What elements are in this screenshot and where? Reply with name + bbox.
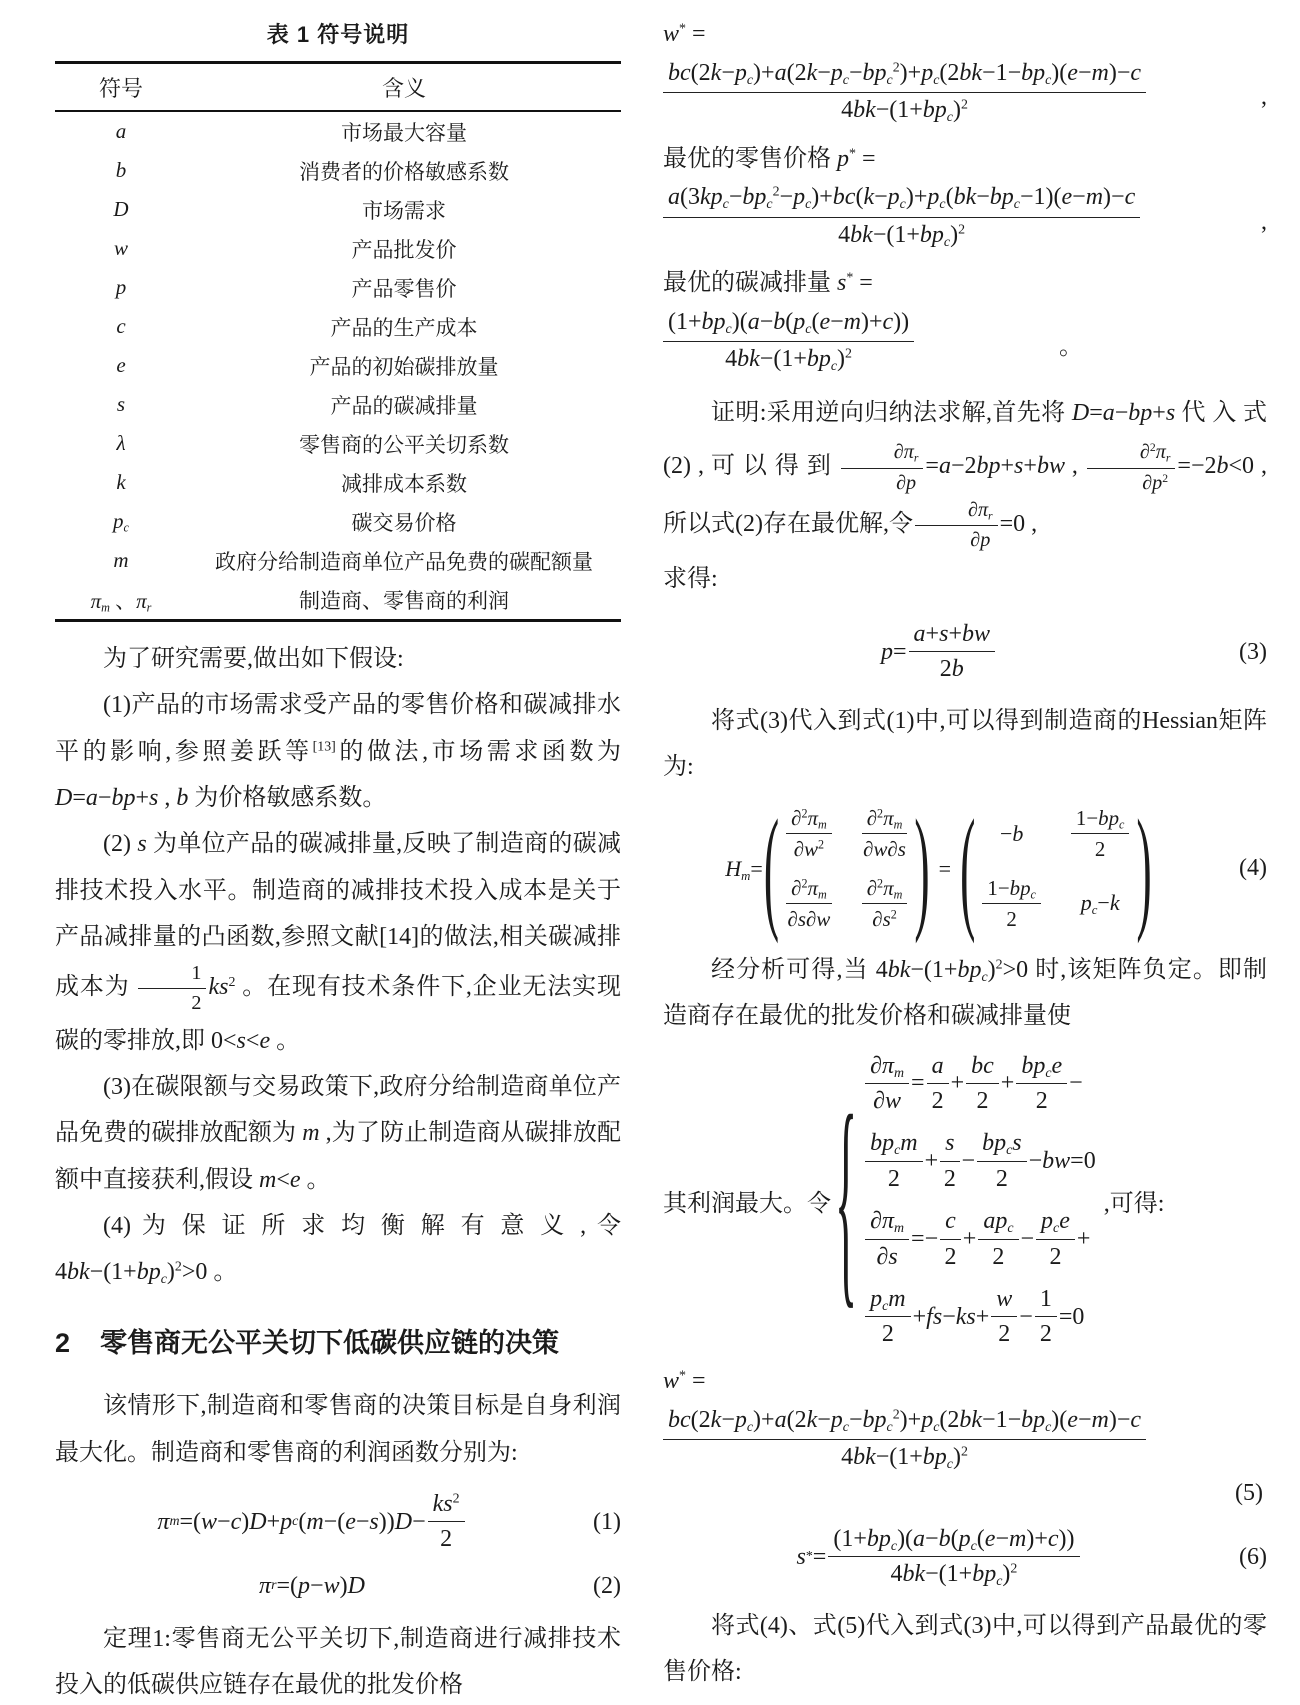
matrix-cell: pc−k: [1081, 890, 1120, 916]
table-row: w 产品批发价: [55, 229, 621, 268]
left-paren-icon: (: [764, 800, 779, 938]
section-intro-paragraph: 该情形下,制造商和零售商的决策目标是自身利润最大化。制造商和零售商的利润函数分别…: [55, 1383, 621, 1476]
equation-3-body: p=a+s+bw2b: [663, 618, 1215, 686]
symbol-cell: λ: [55, 424, 187, 463]
symbol-cell: πm 、πr: [55, 580, 187, 621]
assumption-3: (3)在碳限额与交易政策下,政府分给制造商单位产品免费的碳排放配额为 m ,为了…: [55, 1064, 621, 1203]
table-row: m 政府分给制造商单位产品免费的碳配额量: [55, 541, 621, 580]
symbol-cell: pc: [55, 502, 187, 541]
right-paren-icon: ): [914, 800, 929, 938]
equation-2: πr=(p−w)D (2): [55, 1568, 621, 1604]
matrix-cell: ∂2πm∂w∂s: [860, 804, 910, 863]
system-equation-line: bpcm2+s2−bpcs2−bw=0: [863, 1127, 1096, 1195]
left-brace-icon: {: [835, 1083, 857, 1318]
hessian-paragraph: 将式(3)代入到式(1)中,可以得到制造商的Hessian矩阵为:: [663, 698, 1267, 791]
matrix-cell: −b: [1000, 821, 1023, 847]
pstar-fraction-body: a(3kpc−bpc2−pc)+bc(k−pc)+pc(bk−bpc−1)(e−…: [663, 181, 1257, 251]
meaning-cell: 政府分给制造商单位产品免费的碳配额量: [187, 541, 621, 580]
equation-1: πm=(w−c)D+pc(m−(e−s))D−ks22 (1): [55, 1488, 621, 1556]
analysis-paragraph: 经分析可得,当 4bk−(1+bpc)2>0 时,该矩阵负定。即制造商存在最优的…: [663, 947, 1267, 1040]
pstar-tail: ,: [1257, 204, 1267, 251]
equation-1-body: πm=(w−c)D+pc(m−(e−s))D−ks22: [55, 1488, 569, 1556]
matrix-cell: 1−bpc2: [1069, 804, 1132, 863]
equation-2-number: (2): [569, 1568, 621, 1604]
symbol-cell: s: [55, 385, 187, 424]
equation-4-body: Hm= ( ∂2πm∂w2 ∂2πm∂w∂s ∂2πm∂s∂w ∂2πm∂s2 …: [663, 804, 1215, 933]
table-row: e 产品的初始碳排放量: [55, 346, 621, 385]
meaning-cell: 消费者的价格敏感系数: [187, 151, 621, 190]
equation-5-fraction: bc(2k−pc)+a(2k−pc−bpc2)+pc(2bk−1−bpc)(e−…: [663, 1404, 1267, 1474]
right-paren-icon: ): [1136, 800, 1151, 938]
meaning-cell: 零售商的公平关切系数: [187, 424, 621, 463]
article-page: 表 1 符号说明 符号 含义 a 市场最大容量 b 消费者的价格敏感系数 D 市…: [0, 0, 1300, 1705]
symbol-cell: D: [55, 190, 187, 229]
proof-derivative-3: ∂πr∂p: [913, 511, 1000, 537]
assumption-1: (1)产品的市场需求受产品的零售价格和碳减排水平的影响,参照姜跃等[13]的做法…: [55, 682, 621, 821]
equation-1-number: (1): [569, 1504, 621, 1540]
table-body: a 市场最大容量 b 消费者的价格敏感系数 D 市场需求 w 产品批发价 p 产…: [55, 111, 621, 621]
meaning-cell: 减排成本系数: [187, 463, 621, 502]
hessian-word: Hessian: [1142, 708, 1218, 734]
meaning-cell: 产品批发价: [187, 229, 621, 268]
table-row: k 减排成本系数: [55, 463, 621, 502]
system-equation-line: ∂πm∂s=−c2+apc2−pce2+: [863, 1205, 1096, 1273]
assumption-4: (4) 为 保 证 所 求 均 衡 解 有 意 义 , 令 4bk−(1+bpc…: [55, 1203, 621, 1296]
proof-text-2: =a−2bp+s+bw ,: [925, 454, 1078, 480]
table-row: s 产品的碳减排量: [55, 385, 621, 424]
hessian-lhs: Hm=: [725, 856, 763, 882]
sstar-fraction: (1+bpc)(a−b(pc(e−m)+c))4bk−(1+bpc)2 。: [663, 306, 1083, 376]
sstar-tail: 。: [1055, 329, 1083, 376]
section-title: 零售商无公平关切下低碳供应链的决策: [100, 1328, 559, 1358]
column-header-meaning: 含义: [187, 63, 621, 112]
pstar-lhs: 最优的零售价格 p* =: [663, 139, 1267, 180]
equation-5-lhs: w* =: [663, 1361, 1267, 1402]
wstar-tail: ,: [1257, 79, 1267, 126]
table-title: 表 1 符号说明: [55, 18, 621, 49]
equation-2-body: πr=(p−w)D: [55, 1568, 569, 1604]
closing-paragraph: 将式(4)、式(5)代入到式(3)中,可以得到产品最优的零售价格:: [663, 1603, 1267, 1696]
proof-text-5: 求得:: [663, 566, 718, 592]
symbol-cell: b: [55, 151, 187, 190]
first-order-condition-system: 其利润最大。令 { ∂πm∂w=a2+bc2+bpce2− bpcm2+s2−b…: [663, 1050, 1267, 1351]
meaning-cell: 产品的生产成本: [187, 307, 621, 346]
symbol-cell: c: [55, 307, 187, 346]
equation-3: p=a+s+bw2b (3): [663, 618, 1267, 686]
meaning-cell: 碳交易价格: [187, 502, 621, 541]
table-row: D 市场需求: [55, 190, 621, 229]
hessian-text-pre: 将式(3)代入到式(1)中,可以得到制造商的: [711, 708, 1142, 734]
matrix-cell: ∂2πm∂w2: [784, 804, 834, 863]
meaning-cell: 产品零售价: [187, 268, 621, 307]
system-tail: ,可得:: [1096, 1183, 1165, 1218]
equation-3-number: (3): [1215, 634, 1267, 670]
system-equation-line: pcm2+fs−ks+w2−12=0: [863, 1283, 1096, 1351]
symbol-table: 符号 含义 a 市场最大容量 b 消费者的价格敏感系数 D 市场需求 w 产品批…: [55, 61, 621, 622]
hessian-derivative-matrix: ∂2πm∂w2 ∂2πm∂w∂s ∂2πm∂s∂w ∂2πm∂s2: [780, 804, 913, 933]
matrix-cell: 1−bpc2: [980, 874, 1043, 933]
hessian-value-matrix: −b 1−bpc2 1−bpc2 pc−k: [976, 804, 1135, 933]
table-row: c 产品的生产成本: [55, 307, 621, 346]
right-column: w* = bc(2k−pc)+a(2k−pc−bpc2)+pc(2bk−1−bp…: [663, 10, 1267, 1705]
sstar-lhs: 最优的碳减排量 s* =: [663, 263, 1267, 304]
meaning-cell: 市场最大容量: [187, 111, 621, 151]
table-row: πm 、πr 制造商、零售商的利润: [55, 580, 621, 621]
sstar-fraction-body: (1+bpc)(a−b(pc(e−m)+c))4bk−(1+bpc)2: [663, 306, 1055, 376]
wstar-lhs: w* =: [663, 14, 1267, 55]
proof-derivative-2: ∂2πr∂p2: [1085, 454, 1177, 480]
equation-6: s* =(1+bpc)(a−b(pc(e−m)+c))4bk−(1+bpc)2 …: [663, 1523, 1267, 1591]
meaning-cell: 市场需求: [187, 190, 621, 229]
symbol-cell: a: [55, 111, 187, 151]
symbol-cell: w: [55, 229, 187, 268]
system-equation-line: ∂πm∂w=a2+bc2+bpce2−: [863, 1050, 1096, 1118]
meaning-cell: 产品的初始碳排放量: [187, 346, 621, 385]
assumption-2: (2) s 为单位产品的碳减排量,反映了制造商的碳减排技术投入水平。制造商的减排…: [55, 821, 621, 1064]
equation-4: Hm= ( ∂2πm∂w2 ∂2πm∂w∂s ∂2πm∂s∂w ∂2πm∂s2 …: [663, 804, 1267, 933]
proof-derivative-1: ∂πr∂p: [839, 454, 926, 480]
table-header-row: 符号 含义: [55, 63, 621, 112]
pstar-fraction: a(3kpc−bpc2−pc)+bc(k−pc)+pc(bk−bpc−1)(e−…: [663, 181, 1267, 251]
symbol-cell: k: [55, 463, 187, 502]
equals-sign: =: [931, 856, 959, 882]
matrix-cell: ∂2πm∂s∂w: [784, 874, 834, 933]
left-paren-icon: (: [960, 800, 975, 938]
system-label: 其利润最大。令: [663, 1183, 831, 1218]
equation-5-body: bc(2k−pc)+a(2k−pc−bpc2)+pc(2bk−1−bpc)(e−…: [663, 1404, 1267, 1474]
section-number: 2: [55, 1319, 70, 1369]
left-column: 表 1 符号说明 符号 含义 a 市场最大容量 b 消费者的价格敏感系数 D 市…: [55, 10, 621, 1705]
table-row: a 市场最大容量: [55, 111, 621, 151]
equation-4-number: (4): [1215, 855, 1267, 882]
table-row: b 消费者的价格敏感系数: [55, 151, 621, 190]
table-row: p 产品零售价: [55, 268, 621, 307]
equation-5-number: (5): [663, 1477, 1267, 1511]
symbol-cell: m: [55, 541, 187, 580]
symbol-cell: e: [55, 346, 187, 385]
wstar-fraction-body: bc(2k−pc)+a(2k−pc−bpc2)+pc(2bk−1−bpc)(e−…: [663, 57, 1257, 127]
table-row: pc 碳交易价格: [55, 502, 621, 541]
column-header-symbol: 符号: [55, 63, 187, 112]
symbol-cell: p: [55, 268, 187, 307]
table-row: λ 零售商的公平关切系数: [55, 424, 621, 463]
section-heading: 2零售商无公平关切下低碳供应链的决策: [55, 1319, 621, 1369]
assumptions-intro: 为了研究需要,做出如下假设:: [55, 636, 621, 682]
proof-text-4: =0 ,: [1000, 511, 1038, 537]
theorem-1-paragraph: 定理1:零售商无公平关切下,制造商进行减排技术投入的低碳供应链存在最优的批发价格: [55, 1616, 621, 1705]
meaning-cell: 制造商、零售商的利润: [187, 580, 621, 621]
proof-paragraph: 证明:采用逆向归纳法求解,首先将 D=a−bp+s 代 入 式 (2) , 可 …: [663, 388, 1267, 606]
meaning-cell: 产品的碳减排量: [187, 385, 621, 424]
equation-6-number: (6): [1215, 1539, 1267, 1575]
wstar-fraction: bc(2k−pc)+a(2k−pc−bpc2)+pc(2bk−1−bpc)(e−…: [663, 57, 1267, 127]
system-equations: ∂πm∂w=a2+bc2+bpce2− bpcm2+s2−bpcs2−bw=0 …: [863, 1050, 1096, 1351]
equation-6-body: s* =(1+bpc)(a−b(pc(e−m)+c))4bk−(1+bpc)2: [663, 1523, 1215, 1591]
matrix-cell: ∂2πm∂s2: [860, 874, 910, 933]
